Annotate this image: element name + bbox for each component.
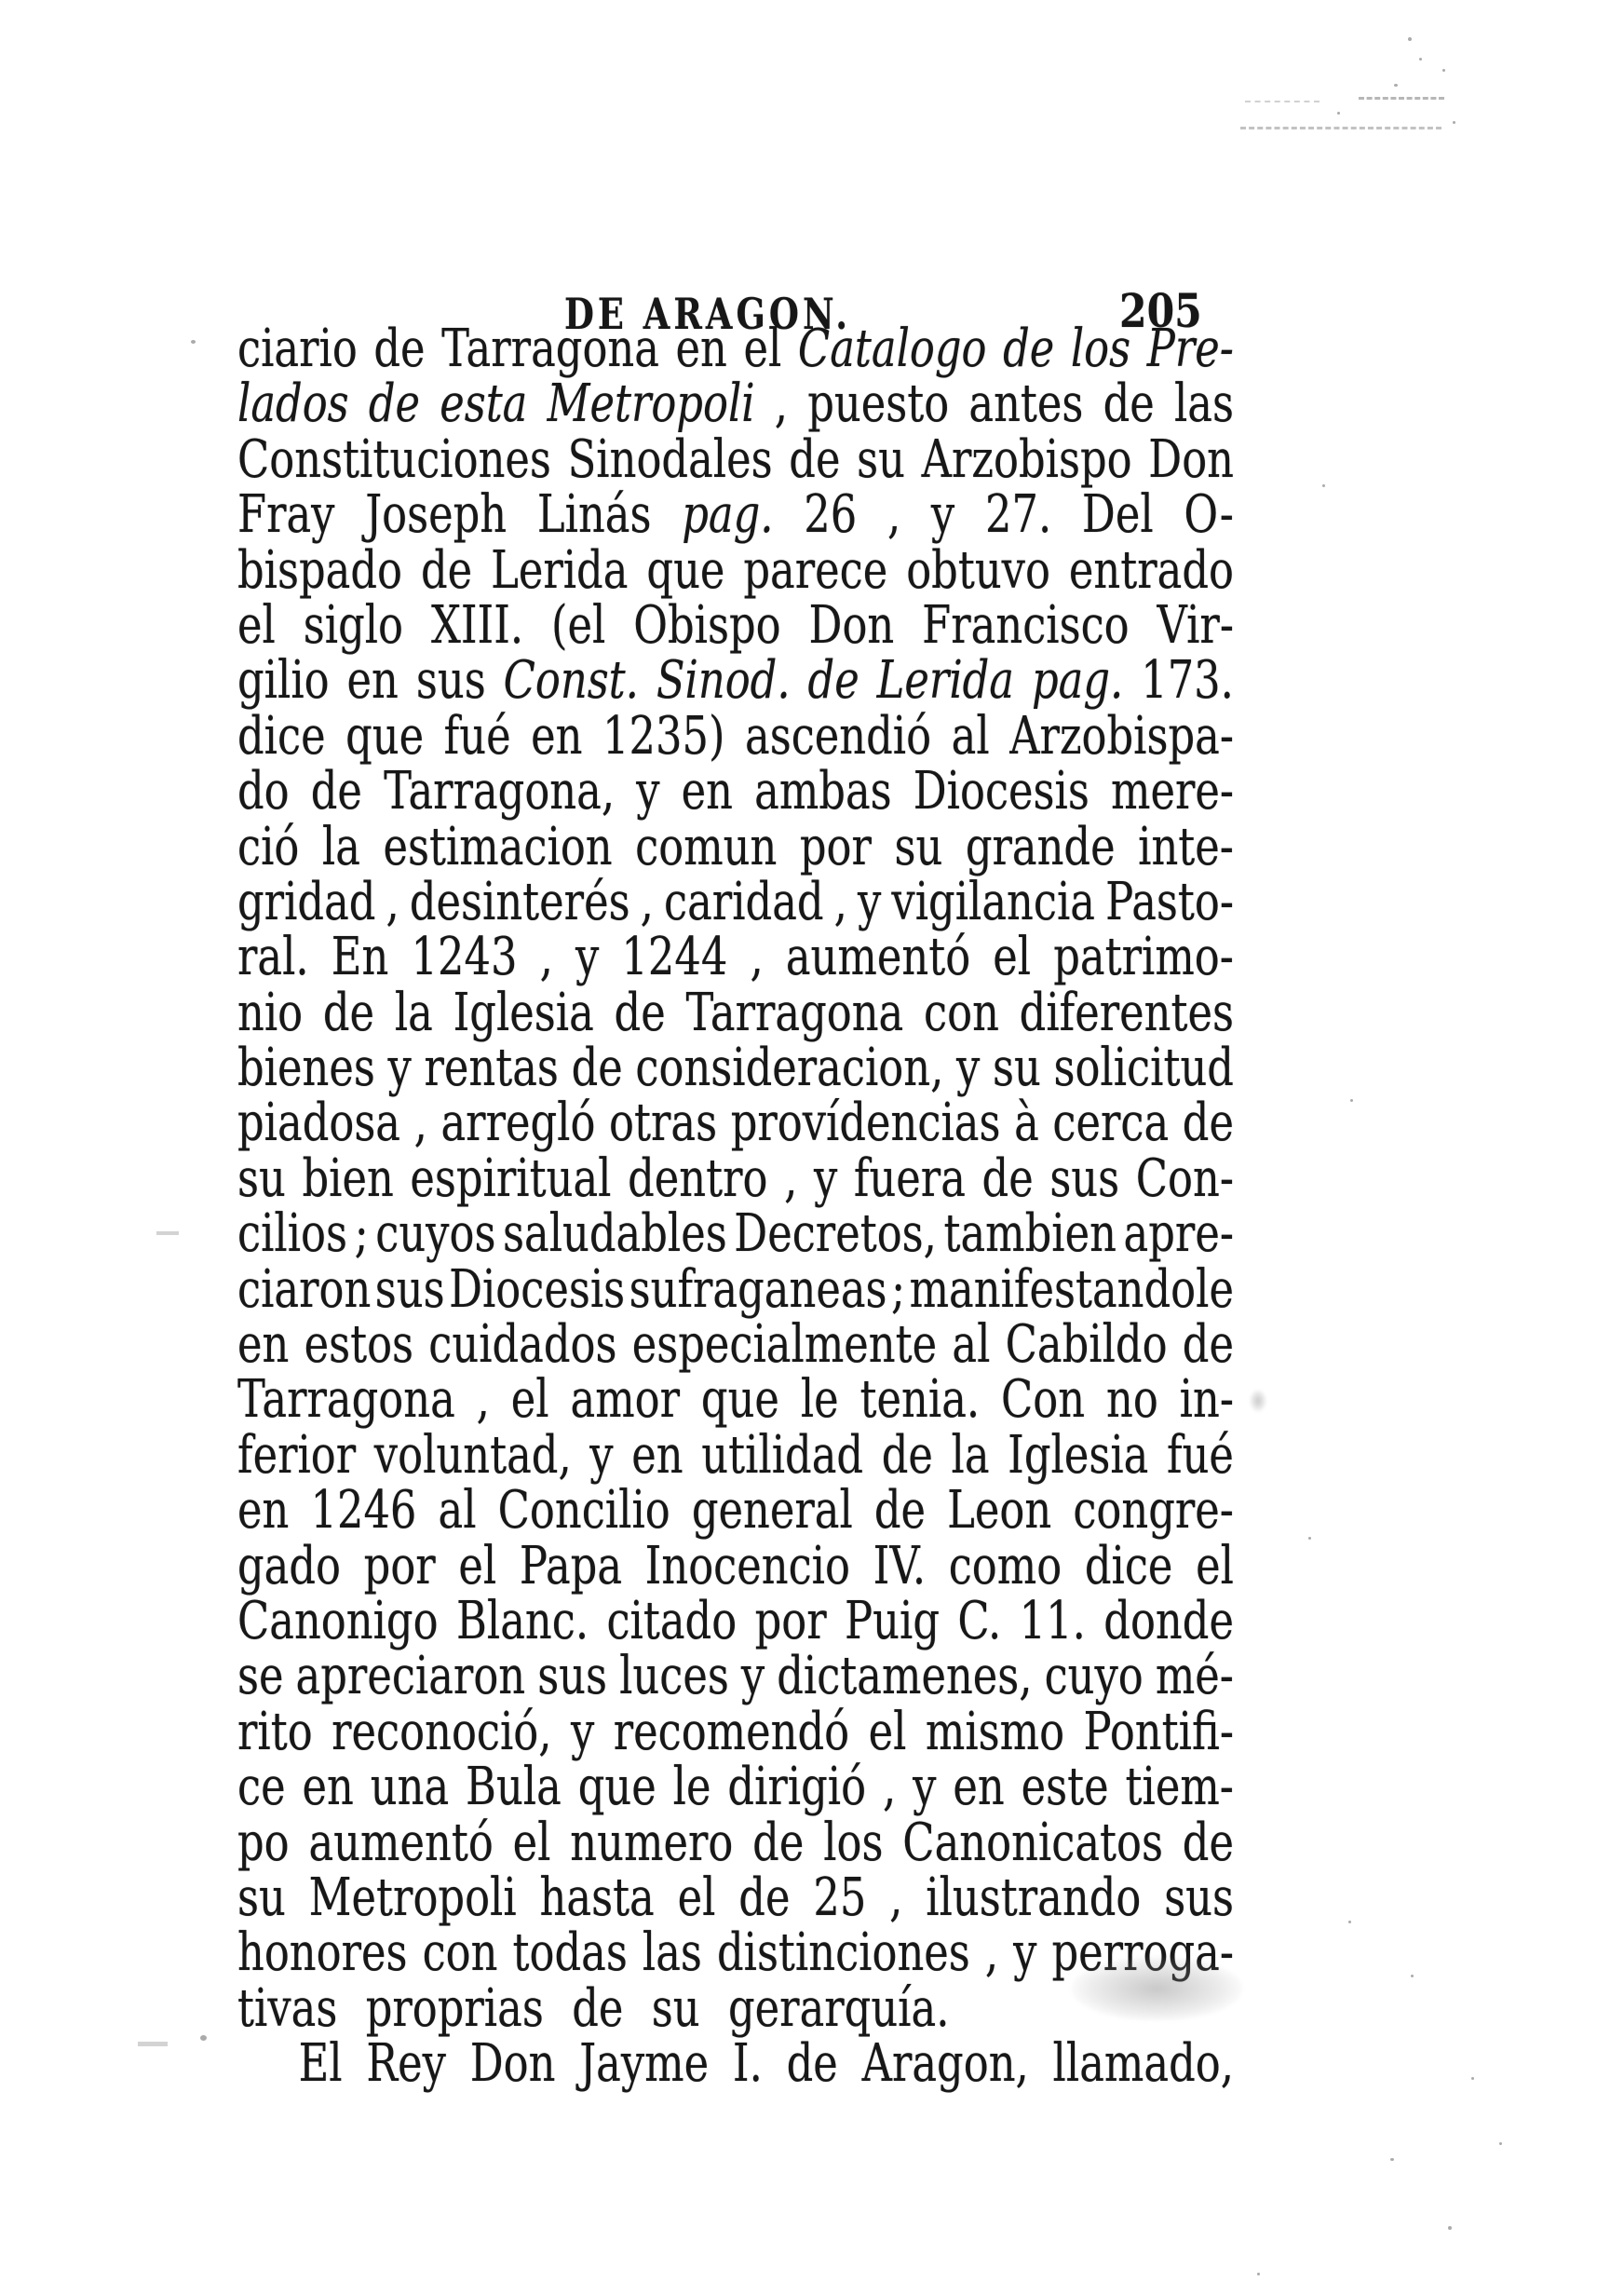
- word: voluntad,: [374, 1425, 572, 1486]
- word: gridad: [237, 872, 375, 932]
- word: arregló: [440, 1093, 595, 1153]
- word: Arzobispa-: [1009, 706, 1234, 767]
- word: cuyos: [375, 1203, 495, 1264]
- word: po: [237, 1813, 290, 1873]
- scan-noise-speck: [1308, 1537, 1311, 1540]
- word: general: [692, 1480, 853, 1541]
- italic-word: Catalogo: [798, 319, 987, 379]
- text-line: cilios;cuyossaludablesDecretos,tambienap…: [237, 1203, 1234, 1258]
- text-line: dodeTarragona,yenambasDiocesismere-: [237, 761, 1234, 816]
- scan-noise-dash: [1359, 97, 1444, 100]
- word: la: [952, 1425, 990, 1486]
- word: gado: [237, 1536, 341, 1596]
- word: fuera: [854, 1148, 966, 1209]
- word: ,: [985, 1922, 998, 1983]
- word: dice: [237, 706, 326, 767]
- word: y: [814, 1148, 837, 1209]
- word: mé-: [1156, 1646, 1234, 1706]
- text-line: gilioensusConst.Sinod.deLeridapag.173.: [237, 650, 1234, 705]
- scan-noise-speck: [1471, 2077, 1474, 2080]
- word: IV.: [873, 1536, 926, 1596]
- word: 173.: [1141, 650, 1234, 711]
- word: con: [423, 1922, 498, 1983]
- word: mismo: [926, 1702, 1064, 1762]
- scan-noise-mark: [156, 1231, 179, 1235]
- word: de: [882, 1425, 933, 1486]
- word: y: [1013, 1922, 1036, 1983]
- word: Diocesis: [449, 1259, 625, 1320]
- scan-noise-speck: [1394, 84, 1398, 87]
- word: Arzobispo: [922, 429, 1132, 490]
- word: Tarragona: [685, 983, 903, 1043]
- italic-word: lados: [237, 373, 349, 434]
- word: Pasto-: [1105, 872, 1234, 932]
- scan-noise-speck: [1350, 1099, 1353, 1102]
- italic-word: Pre-: [1147, 319, 1234, 379]
- italic-word: esta: [440, 373, 527, 434]
- word: ,: [784, 1148, 797, 1209]
- word: de: [1103, 373, 1155, 434]
- word: dictamenes,: [777, 1646, 1032, 1706]
- word: de: [752, 1813, 804, 1873]
- word: los: [823, 1813, 883, 1873]
- word: siglo: [304, 595, 403, 656]
- word: solicitud: [1053, 1038, 1234, 1098]
- text-line: FrayJosephLináspag.26,y27.DelO-: [237, 484, 1234, 539]
- text-line: bienesyrentasdeconsideracion,ysusolicitu…: [237, 1038, 1234, 1093]
- scan-noise-speck: [1408, 37, 1412, 41]
- word: sus: [1164, 1867, 1234, 1928]
- word: su: [894, 817, 942, 877]
- word: en: [347, 650, 399, 711]
- word: Tarragona: [441, 319, 659, 379]
- word: Metropoli: [309, 1867, 517, 1928]
- word: Bula: [466, 1757, 562, 1817]
- scan-noise-speck: [1257, 2273, 1260, 2275]
- word: de: [421, 540, 472, 601]
- word: en: [531, 706, 582, 767]
- word: una: [371, 1757, 449, 1817]
- text-line: honorescontodaslasdistinciones,yperroga-: [237, 1922, 1234, 1977]
- word: Constituciones: [237, 429, 551, 490]
- word: que: [578, 1757, 656, 1817]
- text-line: CanonigoBlanc.citadoporPuigC.11.donde: [237, 1591, 1234, 1646]
- word: Francisco: [922, 595, 1129, 656]
- word: cilios: [237, 1203, 347, 1264]
- text-line: feriorvoluntad,yenutilidaddelaIglesiafué: [237, 1425, 1234, 1480]
- word: Concilio: [498, 1480, 670, 1541]
- word: ,: [883, 1757, 896, 1817]
- word: tenia.: [860, 1369, 981, 1430]
- word: su: [652, 1978, 700, 2039]
- text-line: ciólaestimacioncomunporsugrandeinte-: [237, 817, 1234, 872]
- word: distinciones: [717, 1922, 970, 1983]
- italic-word: de: [808, 650, 859, 711]
- word: las: [643, 1922, 702, 1983]
- italic-word: de: [369, 373, 420, 434]
- text-line: ElReyDonJaymeI.deAragon,llamado,: [237, 2033, 1234, 2088]
- word: apreciaron: [296, 1646, 526, 1706]
- text-line: gadoporelPapaInocencioIV.comodiceel: [237, 1536, 1234, 1591]
- word: En: [332, 927, 389, 987]
- word: Sinodales: [568, 429, 773, 490]
- word: Don: [1148, 429, 1234, 490]
- word: 27.: [985, 484, 1051, 545]
- word: I.: [733, 2033, 763, 2094]
- text-line: ciariodeTarragonaenelCatalogodelosPre-: [237, 319, 1234, 373]
- word: sus: [537, 1646, 607, 1706]
- word: en: [682, 761, 733, 822]
- word: aumentó: [308, 1813, 493, 1873]
- word: ,: [775, 373, 788, 434]
- word: este: [1022, 1757, 1109, 1817]
- word: las: [1174, 373, 1234, 434]
- word: apre-: [1124, 1203, 1234, 1264]
- word: Papa: [520, 1536, 622, 1596]
- word: ral.: [237, 927, 309, 987]
- word: Jayme: [579, 2033, 709, 2094]
- word: sufraganeas: [629, 1259, 887, 1320]
- word: Del: [1082, 484, 1154, 545]
- word: bien: [302, 1148, 393, 1209]
- text-line: subienespiritualdentro,yfueradesusCon-: [237, 1148, 1234, 1203]
- word: parece: [743, 540, 887, 601]
- word: el: [678, 1867, 716, 1928]
- word: citado: [606, 1591, 737, 1651]
- text-line: dicequefuéen1235)ascendióalArzobispa-: [237, 706, 1234, 761]
- text-line: ritoreconoció,yrecomendóelmismoPontifi-: [237, 1702, 1234, 1757]
- word: ambas: [754, 761, 892, 822]
- word: ;: [355, 1203, 369, 1264]
- word: de: [738, 1867, 790, 1928]
- word: C.: [957, 1591, 1001, 1651]
- word: de: [874, 1480, 926, 1541]
- word: y: [956, 1038, 980, 1098]
- text-line: Tarragona,elamorqueletenia.Connoin-: [237, 1369, 1234, 1424]
- word: en: [676, 319, 727, 379]
- scan-noise-mark: [138, 2042, 168, 2046]
- word: que: [345, 706, 424, 767]
- word: llamado,: [1053, 2033, 1234, 2094]
- word: y: [589, 1425, 613, 1486]
- word: recomendó: [614, 1702, 849, 1762]
- word: la: [322, 817, 360, 877]
- text-line: ConstitucionesSinodalesdesuArzobispoDon: [237, 429, 1234, 484]
- word: ilustrando: [926, 1867, 1141, 1928]
- word: ció: [237, 817, 299, 877]
- word: sus: [375, 1259, 445, 1320]
- word: se: [237, 1646, 283, 1706]
- word: grande: [966, 817, 1116, 877]
- word: Iglesia: [453, 983, 594, 1043]
- word: rito: [237, 1702, 313, 1762]
- word: le: [673, 1757, 711, 1817]
- scan-noise-speck: [1448, 2226, 1452, 2230]
- scan-noise-speck: [200, 2035, 207, 2041]
- word: su: [237, 1867, 286, 1928]
- scan-noise-speck: [1499, 2142, 1502, 2145]
- text-line: en1246alConciliogeneraldeLeoncongre-: [237, 1480, 1234, 1535]
- scan-noise-speck: [191, 340, 196, 344]
- word: ce: [237, 1757, 286, 1817]
- word: su: [237, 1148, 286, 1209]
- scan-noise-speck: [1390, 2158, 1394, 2161]
- scan-noise-speck: [1419, 58, 1422, 61]
- word: ,: [414, 1093, 427, 1153]
- word: bienes: [237, 1038, 375, 1098]
- scanned-book-page: DE ARAGON. 205 ciariodeTarragonaenelCata…: [0, 0, 1624, 2295]
- word: fué: [444, 706, 511, 767]
- word: Leon: [947, 1480, 1051, 1541]
- word: do: [237, 761, 290, 822]
- word: por: [755, 1591, 827, 1651]
- word: estimacion: [383, 817, 612, 877]
- word: inte-: [1138, 817, 1234, 877]
- word: gilio: [237, 650, 330, 711]
- scan-noise-dash: [1240, 127, 1441, 129]
- word: de: [311, 761, 362, 822]
- text-body: ciariodeTarragonaenelCatalogodelosPre-la…: [237, 319, 1234, 2089]
- word: proprias: [366, 1978, 544, 2039]
- word: no: [1106, 1369, 1158, 1430]
- word: sus: [416, 650, 486, 711]
- word: de: [572, 1978, 623, 2039]
- word: de: [572, 1038, 623, 1098]
- word: O-: [1184, 484, 1233, 545]
- word: saludables: [503, 1203, 727, 1264]
- word: Joseph: [365, 484, 507, 545]
- text-line: elsigloXIII.(elObispoDonFranciscoVir-: [237, 595, 1234, 650]
- italic-word: Const.: [504, 650, 639, 711]
- word: Con-: [1136, 1148, 1234, 1209]
- word: el: [458, 1536, 496, 1596]
- word: hasta: [540, 1867, 655, 1928]
- word: al: [952, 1314, 990, 1375]
- word: ascendió: [745, 706, 931, 767]
- word: Con: [1001, 1369, 1085, 1430]
- word: otras: [609, 1093, 717, 1153]
- word: ,: [477, 1369, 490, 1430]
- word: Puig: [845, 1591, 940, 1651]
- text-line: ciaronsusDiocesissufraganeas;manifestand…: [237, 1259, 1234, 1314]
- word: mere-: [1111, 761, 1234, 822]
- word: dentro: [628, 1148, 767, 1209]
- word: de: [789, 429, 840, 490]
- word: y: [387, 1038, 411, 1098]
- word: de: [787, 2033, 838, 2094]
- word: de: [1183, 1813, 1234, 1873]
- word: manifestandole: [910, 1259, 1234, 1320]
- word: ,: [540, 927, 553, 987]
- word: tiem-: [1126, 1757, 1234, 1817]
- word: dice: [1085, 1536, 1173, 1596]
- word: nio: [237, 983, 303, 1043]
- word: Canonicatos: [902, 1813, 1163, 1873]
- word: 1235): [602, 706, 724, 767]
- italic-word: pag.: [1032, 650, 1123, 711]
- word: sus: [1049, 1148, 1119, 1209]
- word: (el: [551, 595, 605, 656]
- word: desinterés: [410, 872, 630, 932]
- word: le: [801, 1369, 839, 1430]
- word: por: [800, 817, 872, 877]
- word: ;: [891, 1259, 905, 1320]
- word: al: [952, 706, 990, 767]
- word: que: [646, 540, 724, 601]
- word: à: [1014, 1093, 1039, 1153]
- word: de: [1183, 1314, 1234, 1375]
- word: reconoció,: [332, 1702, 551, 1762]
- word: al: [439, 1480, 477, 1541]
- word: que: [701, 1369, 779, 1430]
- scan-noise-speck: [1411, 1975, 1414, 1977]
- text-line: niodelaIglesiadeTarragonacondiferentes: [237, 983, 1234, 1038]
- text-line: enestoscuidadosespecialmentealCabildode: [237, 1314, 1234, 1369]
- word: en: [302, 1757, 353, 1817]
- word: Decretos,: [734, 1203, 937, 1264]
- word: 1246: [310, 1480, 416, 1541]
- word: ciario: [237, 319, 358, 379]
- word: ,: [641, 872, 654, 932]
- word: como: [949, 1536, 1062, 1596]
- word: Tarragona: [237, 1369, 455, 1430]
- word: en: [237, 1314, 289, 1375]
- word: estos: [304, 1314, 413, 1375]
- scan-noise-speck: [1453, 121, 1455, 124]
- word: y: [636, 761, 659, 822]
- scan-noise-dash: [1245, 101, 1319, 102]
- word: el: [743, 319, 781, 379]
- word: tivas: [237, 1978, 337, 2039]
- word: el: [237, 595, 276, 656]
- word: dirigió: [727, 1757, 866, 1817]
- scan-noise-speck: [1348, 1921, 1351, 1923]
- word: de: [982, 1148, 1034, 1209]
- word: Lerida: [491, 540, 628, 601]
- word: Blanc.: [456, 1591, 589, 1651]
- word: ciaron: [237, 1259, 371, 1320]
- word: ,: [834, 872, 847, 932]
- text-line: tivaspropriasdesugerarquía.: [237, 1978, 1234, 2033]
- word: Rey: [366, 2033, 446, 2094]
- word: honores: [237, 1922, 408, 1983]
- scan-smudge: [1250, 1390, 1266, 1412]
- italic-word: los: [1071, 319, 1130, 379]
- word: el: [511, 1369, 549, 1430]
- word: consideracion,: [635, 1038, 943, 1098]
- word: espiritual: [410, 1148, 611, 1209]
- word: luces: [619, 1646, 729, 1706]
- word: vigilancia: [891, 872, 1095, 932]
- word: el: [1196, 1536, 1234, 1596]
- text-line: ceenunaBulaqueledirigió,yenestetiem-: [237, 1757, 1234, 1812]
- word: Vir-: [1157, 595, 1234, 656]
- text-line: suMetropolihastaelde25,ilustrandosus: [237, 1867, 1234, 1922]
- word: cuidados: [428, 1314, 616, 1375]
- word: el: [513, 1813, 551, 1873]
- word: numero: [570, 1813, 733, 1873]
- italic-word: pag.: [682, 484, 773, 545]
- word: 1243: [411, 927, 517, 987]
- text-line: gridad,desinterés,caridad,yvigilanciaPas…: [237, 872, 1234, 927]
- italic-word: de: [1003, 319, 1054, 379]
- word: diferentes: [1020, 983, 1234, 1043]
- word: y: [931, 484, 954, 545]
- word: entrado: [1069, 540, 1234, 601]
- word: especialmente: [632, 1314, 937, 1375]
- word: Tarragona,: [384, 761, 615, 822]
- word: Don: [470, 2033, 556, 2094]
- word: obtuvo: [906, 540, 1050, 601]
- word: y: [575, 927, 599, 987]
- word: el: [993, 927, 1031, 987]
- word: con: [924, 983, 999, 1043]
- word: ,: [887, 484, 900, 545]
- word: Diocesis: [913, 761, 1089, 822]
- word: donde: [1103, 1591, 1234, 1651]
- word: puesto: [807, 373, 949, 434]
- word: provídencias: [731, 1093, 1001, 1153]
- word: Canonigo: [237, 1591, 439, 1651]
- word: bispado: [237, 540, 402, 601]
- word: y: [913, 1757, 936, 1817]
- word: amor: [571, 1369, 681, 1430]
- word: 1244: [621, 927, 727, 987]
- word: 26: [804, 484, 857, 545]
- word: en: [953, 1757, 1004, 1817]
- word: cerca: [1052, 1093, 1169, 1153]
- word: caridad: [664, 872, 824, 932]
- word: la: [395, 983, 433, 1043]
- word: por: [364, 1536, 436, 1596]
- word: Iglesia: [1008, 1425, 1148, 1486]
- word: XIII.: [431, 595, 523, 656]
- text-line: ladosdeestaMetropoli,puestoantesdelas: [237, 373, 1234, 428]
- word: de: [323, 983, 374, 1043]
- word: en: [237, 1480, 289, 1541]
- word: ,: [750, 927, 763, 987]
- word: Aragon,: [862, 2033, 1029, 2094]
- word: su: [993, 1038, 1041, 1098]
- italic-word: Metropoli: [548, 373, 755, 434]
- word: ,: [889, 1867, 902, 1928]
- word: aumentó: [786, 927, 970, 987]
- word: Pontifi-: [1084, 1702, 1234, 1762]
- text-line: poaumentóelnumerodelosCanonicatosde: [237, 1813, 1234, 1867]
- word: y: [741, 1646, 765, 1706]
- word: en: [631, 1425, 683, 1486]
- word: cuyo: [1045, 1646, 1144, 1706]
- word: ferior: [237, 1425, 356, 1486]
- text-line: ral.En1243,y1244,aumentóelpatrimo-: [237, 927, 1234, 982]
- word: todas: [513, 1922, 628, 1983]
- text-line: bispadodeLeridaquepareceobtuvoentrado: [237, 540, 1234, 595]
- scan-noise-speck: [1322, 484, 1325, 487]
- word: ,: [386, 872, 399, 932]
- italic-word: Sinod.: [656, 650, 791, 711]
- word: antes: [968, 373, 1083, 434]
- scan-noise-speck: [1337, 112, 1340, 115]
- word: el: [869, 1702, 907, 1762]
- word: y: [571, 1702, 594, 1762]
- italic-word: Lerida: [877, 650, 1014, 711]
- word: 11.: [1020, 1591, 1086, 1651]
- word: gerarquía.: [728, 1978, 949, 2039]
- word: Inocencio: [645, 1536, 850, 1596]
- word: El: [299, 2033, 343, 2094]
- text-line: piadosa,arreglóotrasprovídenciasàcercade: [237, 1093, 1234, 1147]
- word: rentas: [424, 1038, 558, 1098]
